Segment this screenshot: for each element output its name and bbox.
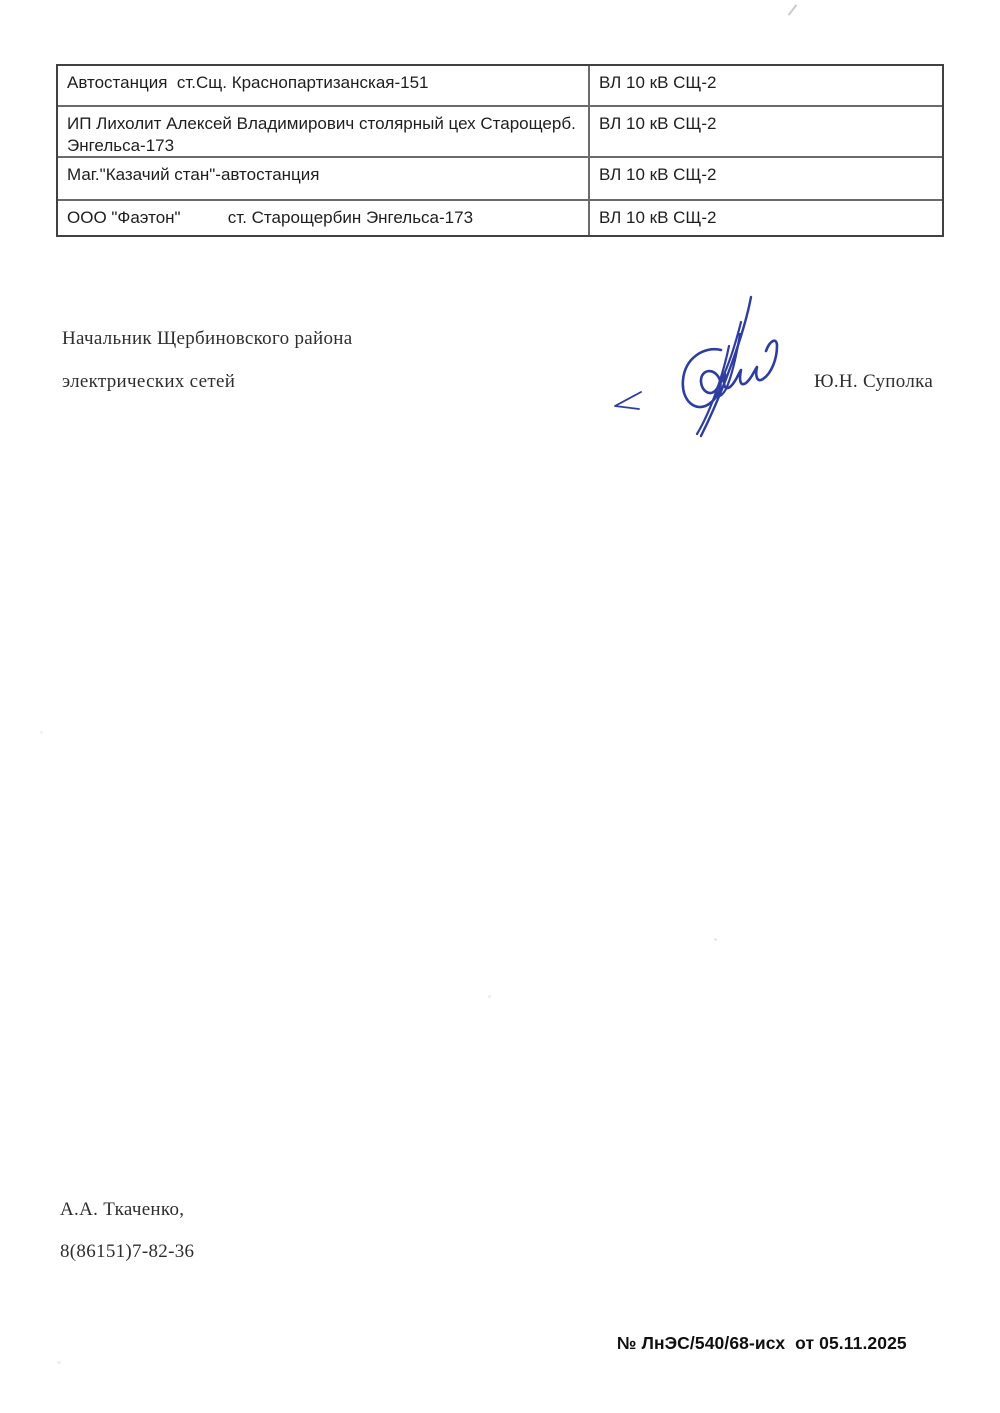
consumers-table: Автостанция ст.Сщ. Краснопартизанская-15… [56,64,944,237]
scan-speck [714,938,717,941]
signature-stroke [701,297,751,436]
feed-line-cell: ВЛ 10 кВ СЩ-2 [588,158,942,199]
scan-speck [488,995,491,998]
feed-line-cell: ВЛ 10 кВ СЩ-2 [588,107,942,156]
table-row: ИП Лихолит Алексей Владимирович столярны… [58,105,942,156]
signature-flourish [615,392,641,409]
signature-ink [605,288,790,443]
table-row: Маг."Казачий стан"-автостанция ВЛ 10 кВ … [58,156,942,199]
scan-speck [57,1361,61,1364]
consumer-cell: Автостанция ст.Сщ. Краснопартизанская-15… [58,66,588,105]
signer-name: Ю.Н. Суполка [814,371,933,393]
table-row: Автостанция ст.Сщ. Краснопартизанская-15… [58,66,942,105]
executor-phone: 8(86151)7-82-36 [60,1241,194,1263]
document-page: Автостанция ст.Сщ. Краснопартизанская-15… [0,0,1000,1413]
scan-speck [788,4,798,15]
signature-stroke [683,341,777,407]
consumer-cell: Маг."Казачий стан"-автостанция [58,158,588,199]
signer-title-line1: Начальник Щербиновского района [62,328,352,350]
table-row: ООО "Фаэтон" ст. Старощербин Энгельса-17… [58,199,942,235]
feed-line-cell: ВЛ 10 кВ СЩ-2 [588,201,942,235]
consumer-cell: ИП Лихолит Алексей Владимирович столярны… [58,107,588,156]
scan-speck [40,731,43,734]
outgoing-reference: № ЛнЭС/540/68-исх от 05.11.2025 [617,1333,907,1354]
feed-line-cell: ВЛ 10 кВ СЩ-2 [588,66,942,105]
signer-title-line2: электрических сетей [62,371,235,393]
executor-name: А.А. Ткаченко, [60,1199,184,1221]
consumer-cell: ООО "Фаэтон" ст. Старощербин Энгельса-17… [58,201,588,235]
